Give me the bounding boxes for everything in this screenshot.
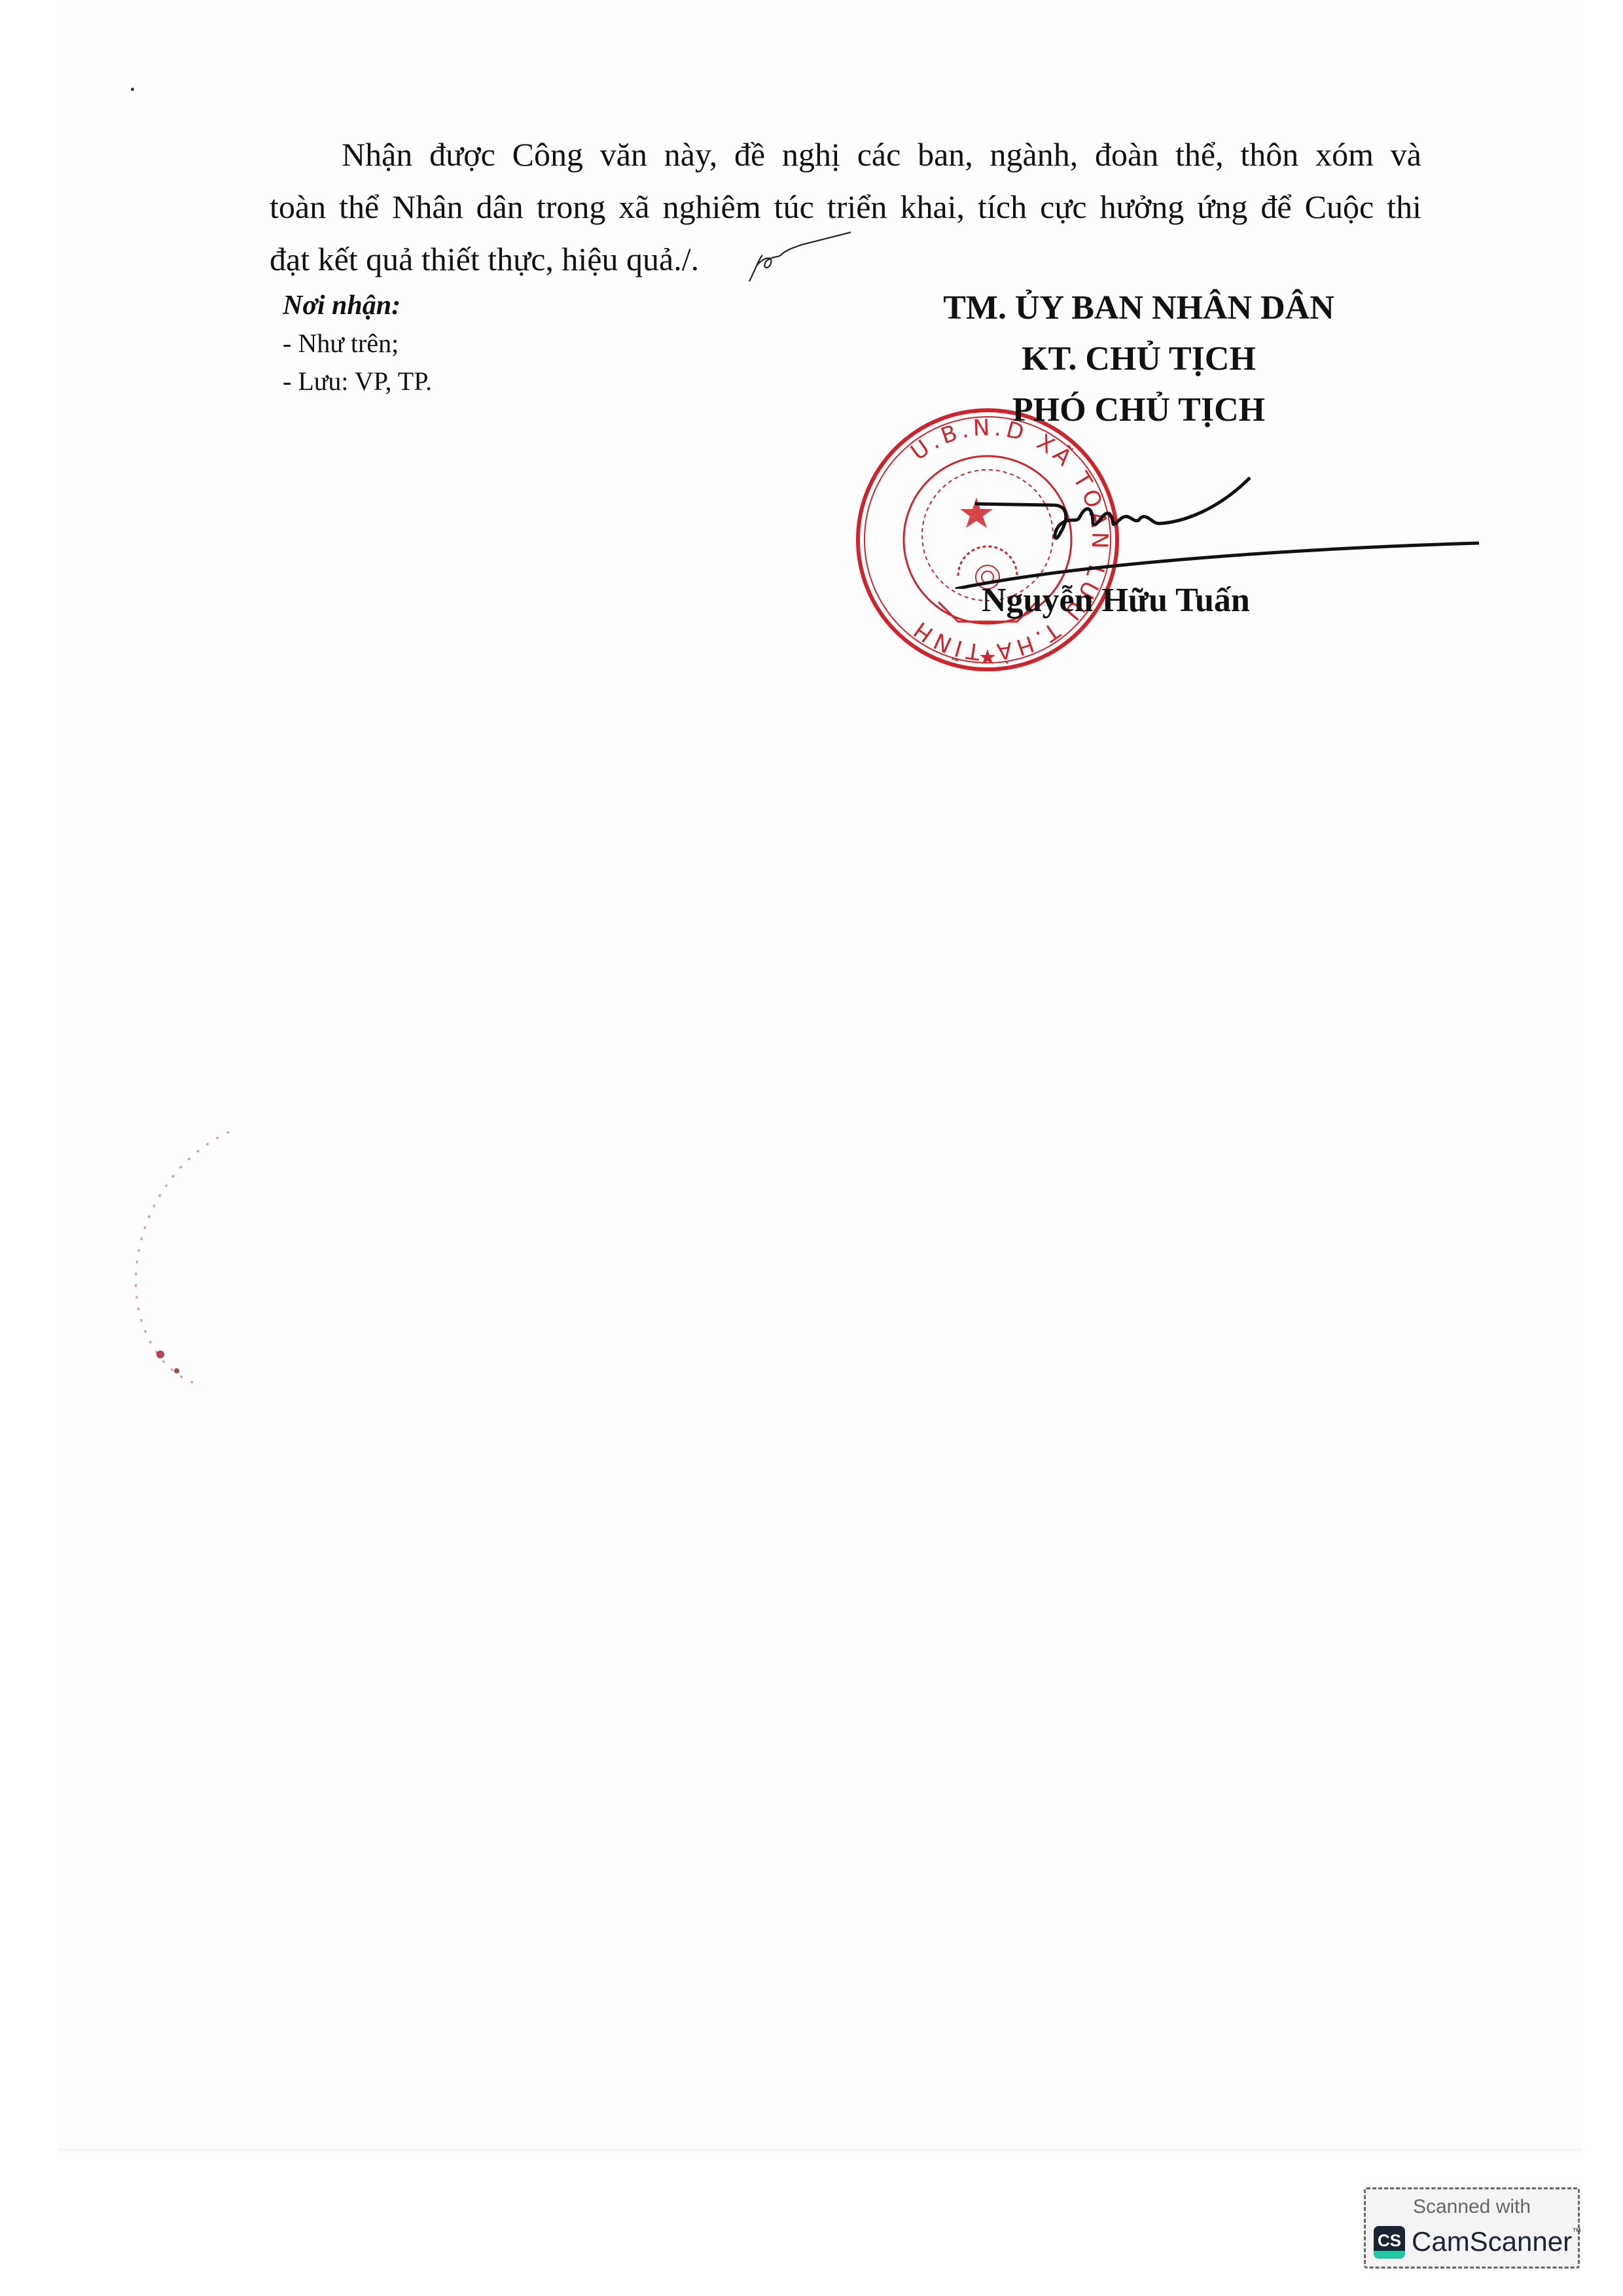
signer-name: Nguyễn Hữu Tuấn bbox=[982, 581, 1250, 620]
recipient-item: - Như trên; bbox=[283, 325, 432, 362]
page-edge bbox=[58, 2149, 1582, 2153]
camscanner-logo-icon: CS bbox=[1374, 2226, 1405, 2259]
trademark-symbol: ™ bbox=[1572, 2226, 1581, 2236]
recipient-item: - Lưu: VP, TP. bbox=[283, 362, 432, 400]
initials-paraph bbox=[743, 229, 854, 288]
brand-name: CamScanner bbox=[1412, 2226, 1572, 2257]
recipients-heading: Nơi nhận: bbox=[283, 287, 432, 325]
faint-stamp-bleed bbox=[105, 1112, 262, 1387]
sign-title-2: KT. CHỦ TỊCH bbox=[890, 334, 1387, 385]
scan-speck bbox=[131, 88, 134, 91]
sign-title-3: PHÓ CHỦ TỊCH bbox=[890, 385, 1387, 436]
sign-title-1: TM. ỦY BAN NHÂN DÂN bbox=[890, 283, 1387, 334]
handwritten-signature bbox=[936, 458, 1479, 589]
watermark-brand: CamScanner™ bbox=[1412, 2226, 1581, 2257]
body-line-1: Nhận được Công văn này, đề nghị các ban,… bbox=[270, 128, 1421, 181]
camscanner-watermark: Scanned with CS CamScanner™ bbox=[1364, 2187, 1580, 2269]
recipients-list: Nơi nhận: - Như trên; - Lưu: VP, TP. bbox=[283, 287, 432, 400]
body-line-2: toàn thể Nhân dân trong xã nghiêm túc tr… bbox=[270, 181, 1421, 233]
watermark-caption: Scanned with bbox=[1366, 2196, 1578, 2218]
signature-block: TM. ỦY BAN NHÂN DÂN KT. CHỦ TỊCH PHÓ CHỦ… bbox=[890, 283, 1387, 436]
